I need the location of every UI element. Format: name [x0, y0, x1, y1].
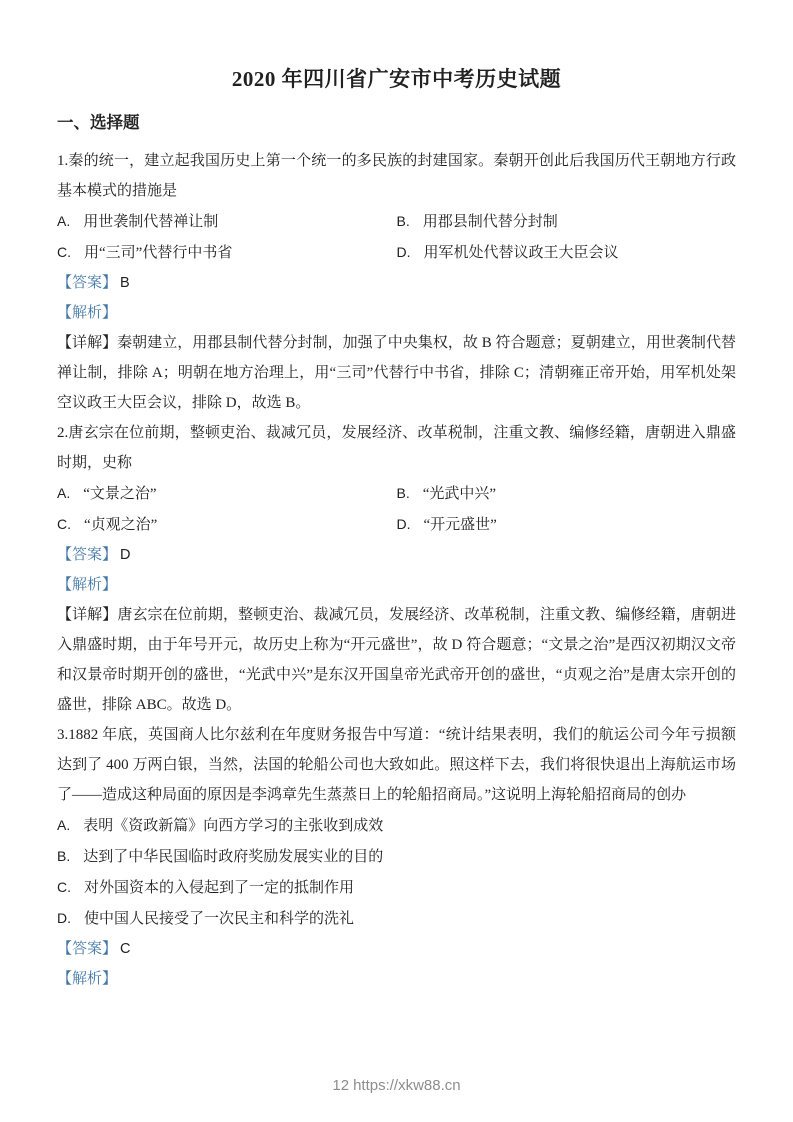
question-2-options: A.“文景之治” B.“光武中兴” C.“贞观之治” D.“开元盛世” — [57, 478, 736, 540]
answer-value: D — [120, 547, 130, 563]
page-title: 2020 年四川省广安市中考历史试题 — [57, 64, 736, 94]
option-letter: A. — [57, 817, 70, 833]
question-1-option-b: B.用郡县制代替分封制 — [397, 206, 737, 237]
detail-label: 【详解】 — [57, 335, 117, 351]
question-2-option-d: D.“开元盛世” — [397, 509, 737, 540]
question-3-analysis-line: 【解析】 — [57, 964, 736, 994]
question-3-option-b: B.达到了中华民国临时政府奖励发展实业的目的 — [57, 841, 736, 872]
question-3: 3.1882 年底，英国商人比尔兹利在年度财务报告中写道：“统计结果表明，我们的… — [57, 720, 736, 994]
option-letter: D. — [397, 244, 411, 260]
detail-text: 秦朝建立，用郡县制代替分封制，加强了中央集权，故 B 符合题意；夏朝建立，用世袭… — [57, 335, 736, 411]
answer-value: C — [120, 941, 130, 957]
question-3-option-a: A.表明《资政新篇》向西方学习的主张收到成效 — [57, 810, 736, 841]
question-2-stem: 2.唐玄宗在位前期，整顿吏治、裁减冗员，发展经济、改革税制，注重文教、编修经籍，… — [57, 418, 736, 478]
option-letter: B. — [397, 485, 410, 501]
question-3-answer-line: 【答案】C — [57, 934, 736, 964]
option-letter: B. — [397, 213, 410, 229]
question-1: 1.秦的统一，建立起我国历史上第一个统一的多民族的封建国家。秦朝开创此后我国历代… — [57, 146, 736, 418]
answer-label: 【答案】 — [57, 941, 117, 957]
option-text: “光武中兴” — [423, 486, 496, 502]
option-text: 达到了中华民国临时政府奖励发展实业的目的 — [83, 849, 383, 865]
question-2-option-b: B.“光武中兴” — [397, 478, 737, 509]
question-1-answer-line: 【答案】B — [57, 268, 736, 298]
question-2-analysis-line: 【解析】 — [57, 570, 736, 600]
question-1-analysis-line: 【解析】 — [57, 298, 736, 328]
question-1-options: A.用世袭制代替禅让制 B.用郡县制代替分封制 C.用“三司”代替行中书省 D.… — [57, 206, 736, 268]
question-2-detail: 【详解】唐玄宗在位前期，整顿吏治、裁减冗员，发展经济、改革税制，注重文教、编修经… — [57, 600, 736, 720]
question-3-stem: 3.1882 年底，英国商人比尔兹利在年度财务报告中写道：“统计结果表明，我们的… — [57, 720, 736, 810]
analysis-label: 【解析】 — [57, 971, 117, 987]
analysis-label: 【解析】 — [57, 577, 117, 593]
question-2-option-a: A.“文景之治” — [57, 478, 397, 509]
question-2: 2.唐玄宗在位前期，整顿吏治、裁减冗员，发展经济、改革税制，注重文教、编修经籍，… — [57, 418, 736, 720]
option-text: 表明《资政新篇》向西方学习的主张收到成效 — [83, 818, 383, 834]
analysis-label: 【解析】 — [57, 305, 117, 321]
option-letter: A. — [57, 485, 70, 501]
section-heading-multiple-choice: 一、选择题 — [57, 108, 736, 138]
detail-label: 【详解】 — [57, 607, 117, 623]
question-3-option-c: C.对外国资本的入侵起到了一定的抵制作用 — [57, 872, 736, 903]
option-letter: C. — [57, 244, 71, 260]
option-letter: C. — [57, 516, 71, 532]
option-text: 用世袭制代替禅让制 — [83, 214, 218, 230]
option-letter: D. — [397, 516, 411, 532]
footer-url: https://xkw88.cn — [353, 1077, 461, 1094]
exam-document-page: 2020 年四川省广安市中考历史试题 一、选择题 1.秦的统一，建立起我国历史上… — [0, 0, 793, 1122]
answer-label: 【答案】 — [57, 275, 117, 291]
question-1-option-d: D.用军机处代替议政王大臣会议 — [397, 237, 737, 268]
detail-text: 唐玄宗在位前期，整顿吏治、裁减冗员，发展经济、改革税制，注重文教、编修经籍，唐朝… — [57, 607, 736, 713]
option-letter: C. — [57, 879, 71, 895]
option-text: “贞观之治” — [84, 517, 157, 533]
option-letter: B. — [57, 848, 70, 864]
question-2-option-c: C.“贞观之治” — [57, 509, 397, 540]
question-1-option-a: A.用世袭制代替禅让制 — [57, 206, 397, 237]
option-text: 用郡县制代替分封制 — [423, 214, 558, 230]
question-3-option-d: D.使中国人民接受了一次民主和科学的洗礼 — [57, 903, 736, 934]
page-footer: 12https://xkw88.cn — [0, 1077, 793, 1094]
question-1-stem: 1.秦的统一，建立起我国历史上第一个统一的多民族的封建国家。秦朝开创此后我国历代… — [57, 146, 736, 206]
option-letter: A. — [57, 213, 70, 229]
option-text: “文景之治” — [83, 486, 156, 502]
page-number: 12 — [332, 1077, 349, 1094]
question-1-detail: 【详解】秦朝建立，用郡县制代替分封制，加强了中央集权，故 B 符合题意；夏朝建立… — [57, 328, 736, 418]
answer-label: 【答案】 — [57, 547, 117, 563]
option-text: 对外国资本的入侵起到了一定的抵制作用 — [84, 880, 354, 896]
question-3-options: A.表明《资政新篇》向西方学习的主张收到成效 B.达到了中华民国临时政府奖励发展… — [57, 810, 736, 934]
option-text: 用“三司”代替行中书省 — [84, 245, 232, 261]
option-text: “开元盛世” — [424, 517, 497, 533]
option-text: 用军机处代替议政王大臣会议 — [424, 245, 619, 261]
option-letter: D. — [57, 910, 71, 926]
question-1-option-c: C.用“三司”代替行中书省 — [57, 237, 397, 268]
option-text: 使中国人民接受了一次民主和科学的洗礼 — [84, 911, 354, 927]
answer-value: B — [120, 275, 130, 291]
question-2-answer-line: 【答案】D — [57, 540, 736, 570]
